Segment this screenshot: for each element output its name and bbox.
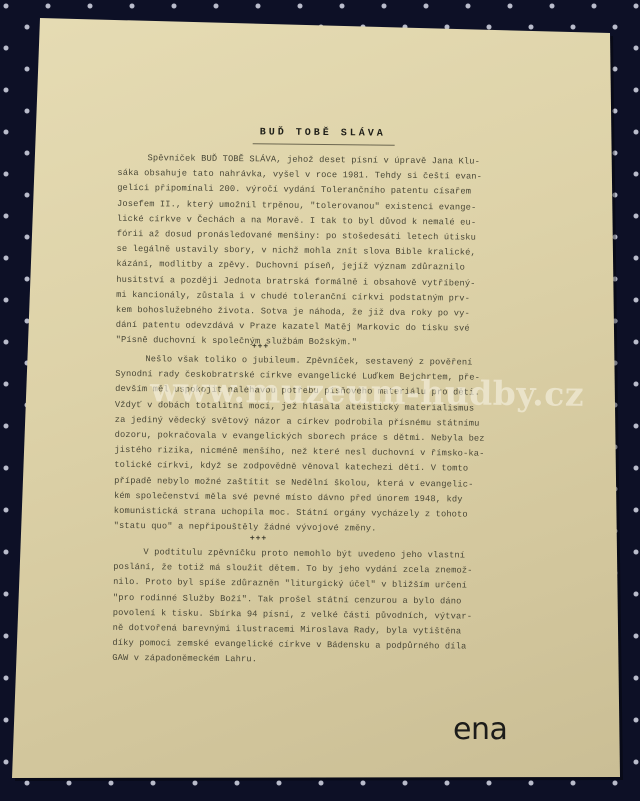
paragraph-1: Spěvníček BUĎ TOBĚ SLÁVA, jehož deset pí… — [116, 151, 518, 353]
paragraph-3: V podtitulu zpěvníčku proto nemohlo být … — [112, 545, 513, 671]
document-title: BUĎ TOBĚ SLÁVA — [203, 127, 443, 141]
document-content: BUĎ TOBĚ SLÁVA Spěvníček BUĎ TOBĚ SLÁVA,… — [0, 0, 640, 801]
title-underline — [253, 143, 395, 145]
section-separator: +++ — [201, 342, 321, 352]
ena-logo: ena — [453, 712, 507, 747]
section-separator: +++ — [198, 534, 318, 544]
watermark-text: www.muzeum-hudby.cz — [150, 370, 530, 413]
